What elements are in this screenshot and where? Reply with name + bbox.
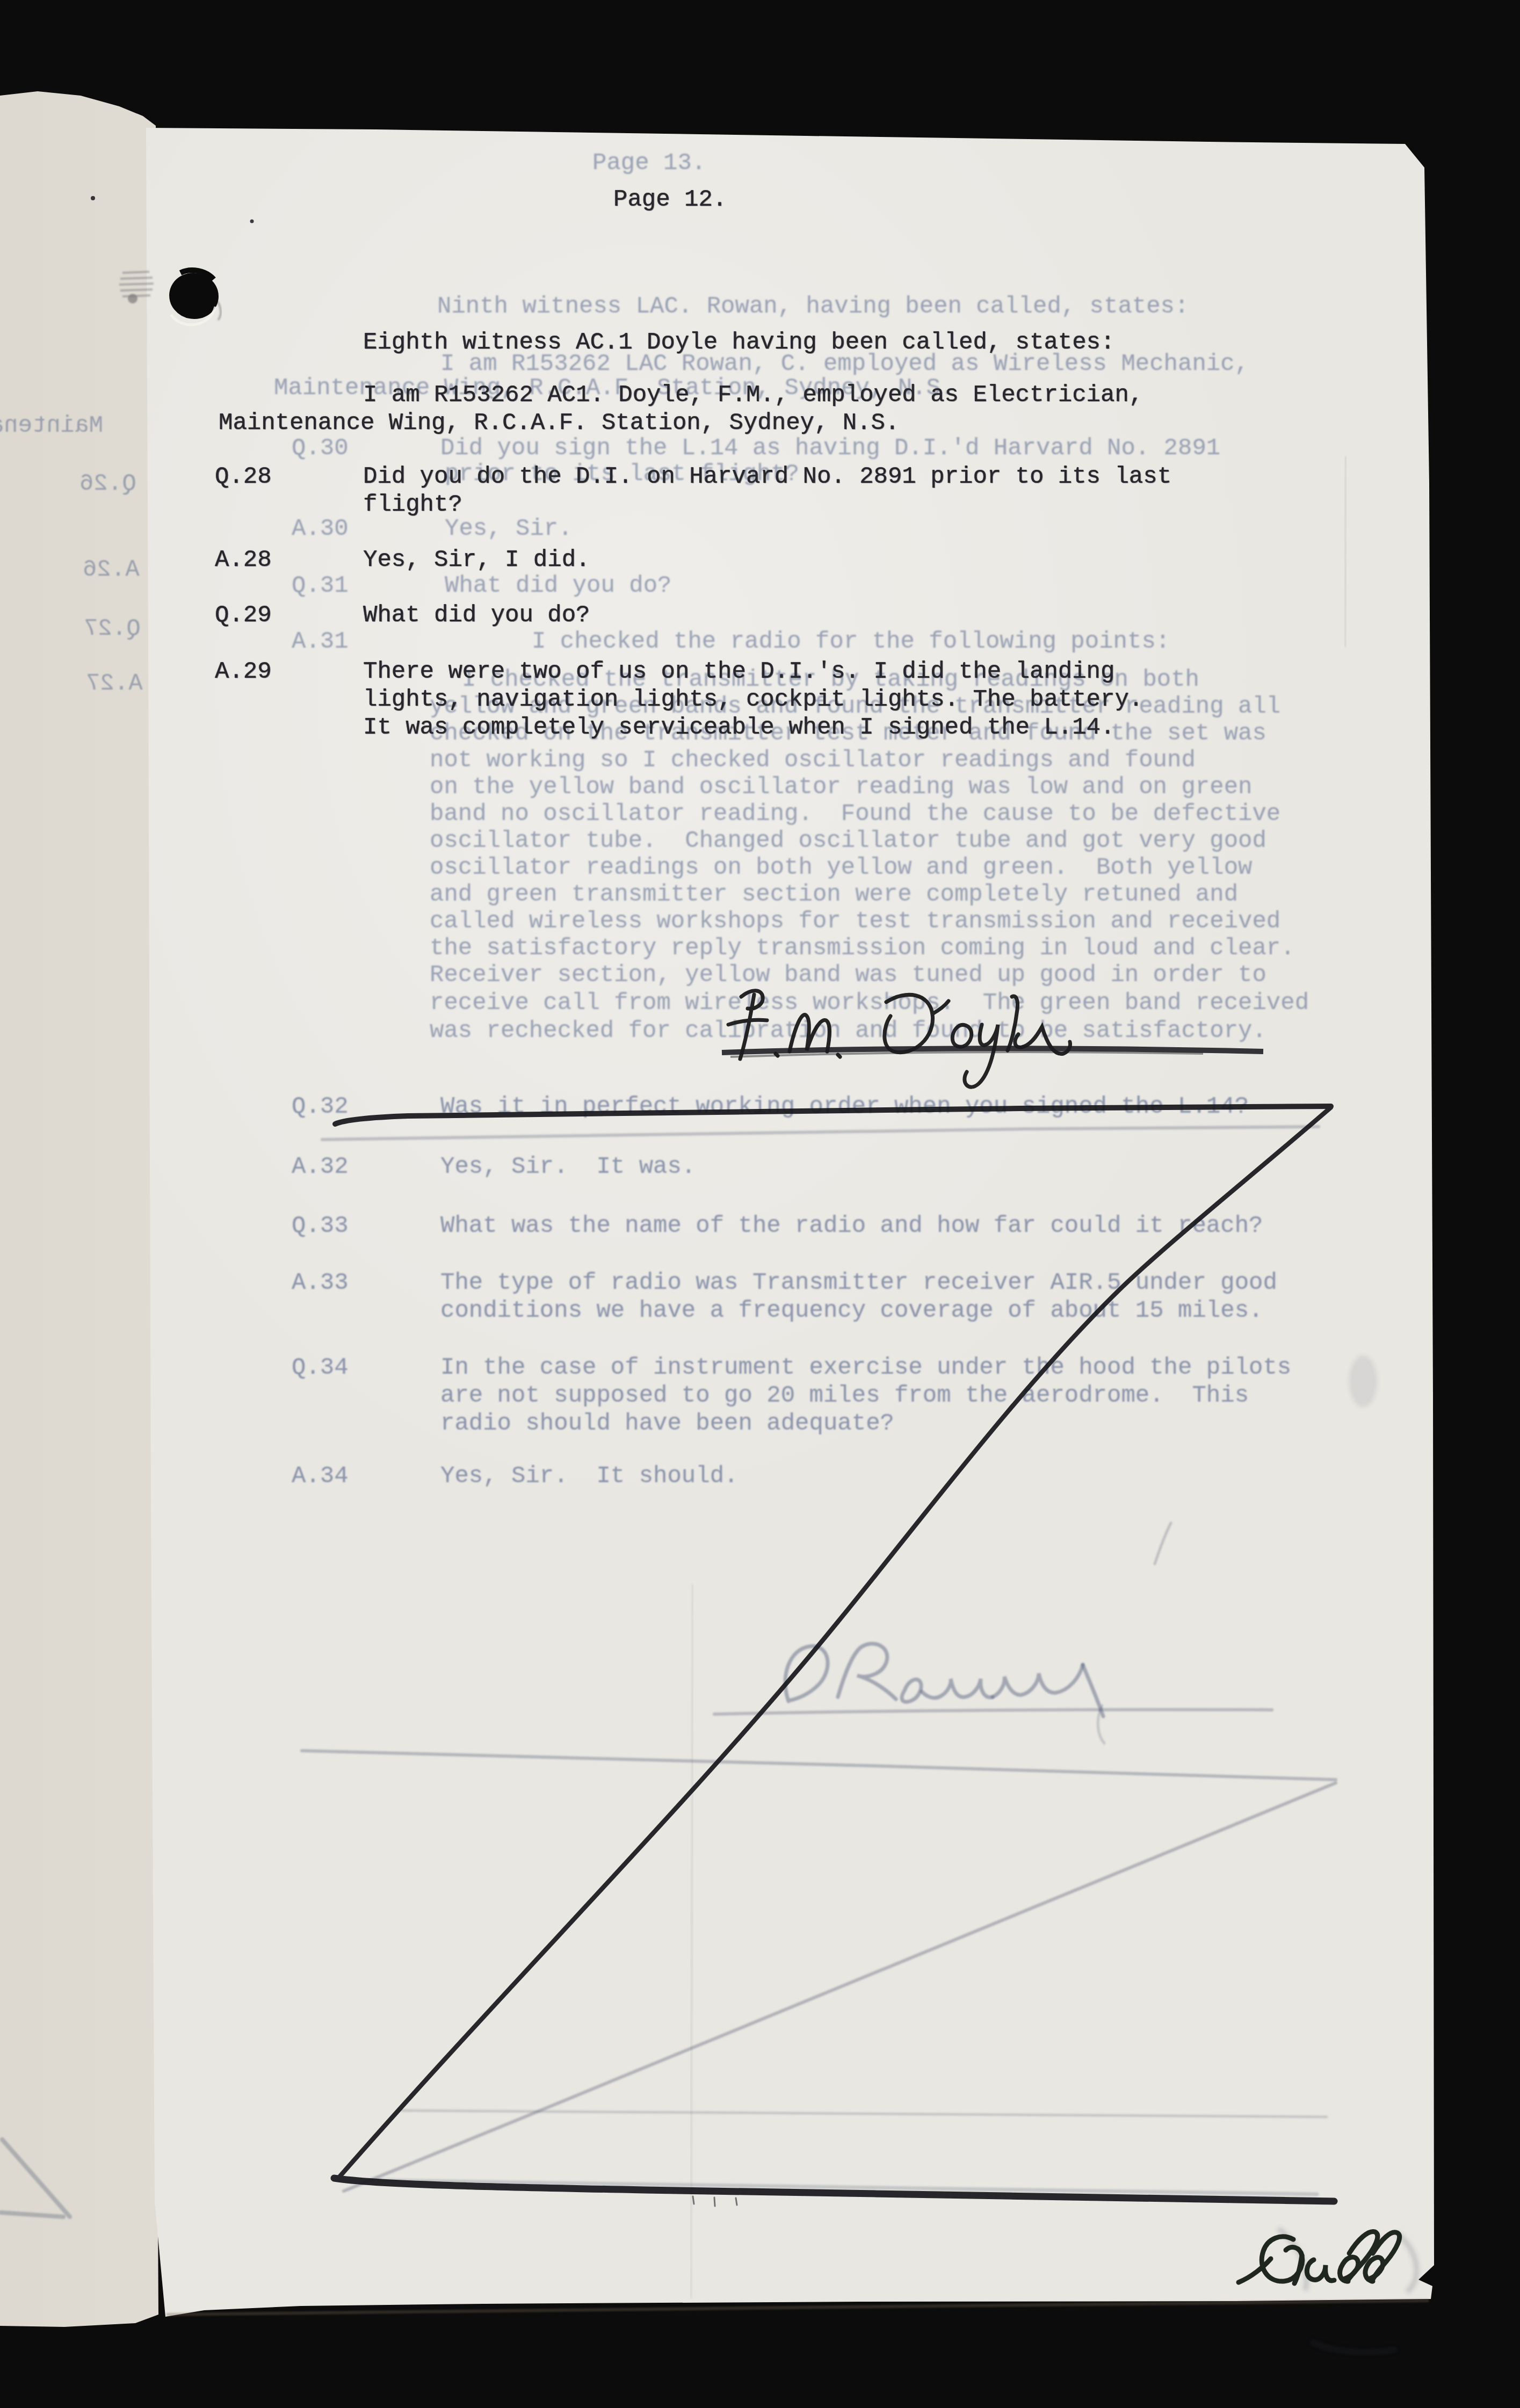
- qa-label: A.28: [215, 548, 272, 572]
- ghost-line: not working so I checked oscillator read…: [430, 748, 1196, 773]
- ghost-line: Yes, Sir.: [445, 517, 573, 541]
- ghost-qa-label: A.32: [292, 1155, 349, 1179]
- margin-bleed-text: A.27: [86, 671, 143, 696]
- ghost-page-number: Page 13.: [592, 151, 706, 176]
- qa-label: Q.28: [215, 465, 272, 489]
- ghost-line: Yes, Sir. It was.: [440, 1155, 696, 1179]
- ghost-qa-label: A.34: [292, 1464, 349, 1489]
- typed-line: Maintenance Wing, R.C.A.F. Station, Sydn…: [219, 411, 899, 436]
- margin-bleed-text: Maintenance: [0, 414, 103, 438]
- ghost-line: The type of radio was Transmitter receiv…: [440, 1271, 1277, 1295]
- ghost-line: band no oscillator reading. Found the ca…: [430, 802, 1280, 826]
- ghost-line: the satisfactory reply transmission comi…: [430, 936, 1295, 961]
- page-number: Page 12.: [613, 187, 727, 212]
- ghost-qa-label: Q.32: [292, 1094, 349, 1119]
- ghost-line: on the yellow band oscillator reading wa…: [430, 775, 1252, 800]
- ghost-line: Was it in perfect working order when you…: [440, 1094, 1249, 1119]
- ghost-line: I checked the radio for the following po…: [532, 629, 1170, 654]
- witness-heading: Eighth witness AC.1 Doyle having been ca…: [363, 330, 1114, 355]
- typed-line: What did you do?: [363, 603, 590, 628]
- ghost-line: oscillator readings on both yellow and g…: [430, 855, 1252, 880]
- ghost-qa-label: A.30: [292, 517, 349, 541]
- qa-label: A.29: [215, 659, 272, 684]
- ghost-line: called wireless workshops for test trans…: [430, 909, 1280, 934]
- ghost-qa-label: Q.31: [292, 574, 349, 598]
- ghost-line: are not supposed to go 20 miles from the…: [440, 1383, 1249, 1408]
- margin-bleed-text: Q.27: [84, 616, 141, 641]
- ghost-heading: Ninth witness LAC. Rowan, having been ca…: [437, 294, 1189, 319]
- ghost-line: What was the name of the radio and how f…: [440, 1214, 1263, 1238]
- typed-line: I am R153262 AC1. Doyle, F.M., employed …: [363, 383, 1143, 408]
- ghost-qa-label: A.31: [292, 629, 349, 654]
- ghost-line: In the case of instrument exercise under…: [440, 1355, 1291, 1380]
- ghost-qa-label: Q.33: [292, 1214, 349, 1238]
- typed-line: Did you do the D.I. on Harvard No. 2891 …: [363, 465, 1171, 489]
- ghost-line: What did you do?: [445, 574, 671, 598]
- ghost-qa-label: Q.30: [292, 436, 349, 461]
- ghost-line: Did you sign the L.14 as having D.I.'d H…: [440, 436, 1220, 461]
- ghost-qa-label: Q.34: [292, 1355, 349, 1380]
- ghost-line: was rechecked for calibration and found …: [430, 1019, 1266, 1043]
- ghost-qa-label: A.33: [292, 1271, 349, 1295]
- ghost-line: and green transmitter section were compl…: [430, 882, 1238, 907]
- typed-line: Yes, Sir, I did.: [363, 548, 590, 572]
- ghost-line: oscillator tube. Changed oscillator tube…: [430, 829, 1266, 853]
- ghost-line: conditions we have a frequency coverage …: [440, 1299, 1263, 1323]
- ghost-line: Receiver section, yellow band was tuned …: [430, 963, 1266, 988]
- typed-line: flight?: [363, 492, 462, 517]
- margin-bleed-text: Q.26: [79, 472, 136, 496]
- typed-line: There were two of us on the D.I.'s. I di…: [363, 659, 1114, 684]
- ghost-line: Yes, Sir. It should.: [440, 1464, 739, 1489]
- ghost-line: radio should have been adequate?: [440, 1411, 894, 1436]
- ghost-line: receive call from wireless workshops. Th…: [430, 991, 1309, 1016]
- typed-line: lights, navigation lights, cockpit light…: [363, 687, 1143, 712]
- margin-bleed-text: A.26: [83, 557, 140, 582]
- qa-label: Q.29: [215, 603, 272, 628]
- scanned-document: Maintenance Q.26 A.26 Q.27 A.27 Page 13.…: [0, 0, 1520, 2408]
- typed-line: It was completely serviceable when I sig…: [363, 715, 1114, 740]
